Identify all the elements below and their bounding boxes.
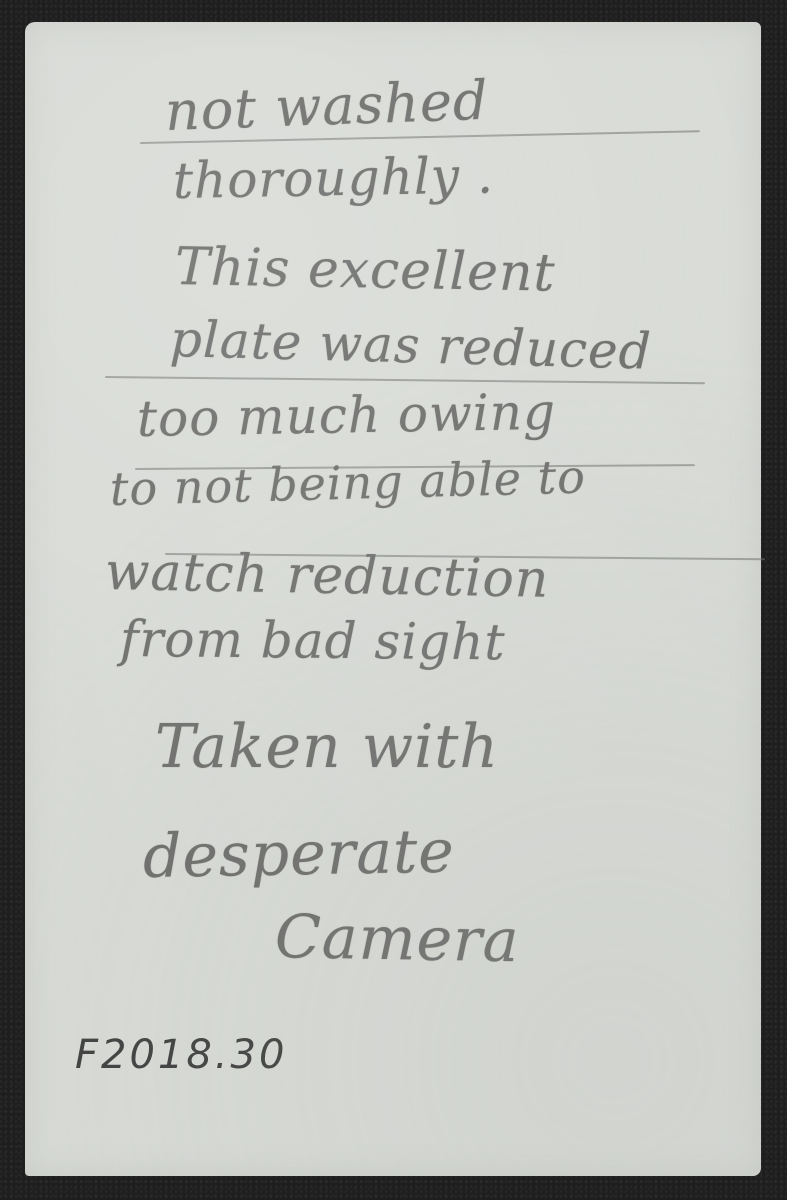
handwritten-line-11: Camera (274, 902, 520, 976)
handwritten-line-5: too much owing (136, 383, 556, 448)
handwritten-line-1: not washed (164, 69, 490, 143)
handwritten-line-3: This excellent (174, 237, 555, 304)
handwritten-line-7: watch reduction (104, 542, 549, 610)
note-card: not washed thoroughly . This excellent p… (25, 22, 761, 1176)
handwritten-line-9: Taken with (155, 712, 499, 782)
handwritten-line-6: to not being able to (109, 450, 586, 516)
handwritten-line-2: thoroughly . (172, 146, 494, 210)
handwritten-line-10: desperate (142, 817, 455, 892)
catalog-number: F2018.30 (75, 1032, 287, 1078)
handwritten-line-8: from bad sight (120, 610, 506, 671)
handwritten-line-4: plate was reduced (169, 310, 652, 381)
